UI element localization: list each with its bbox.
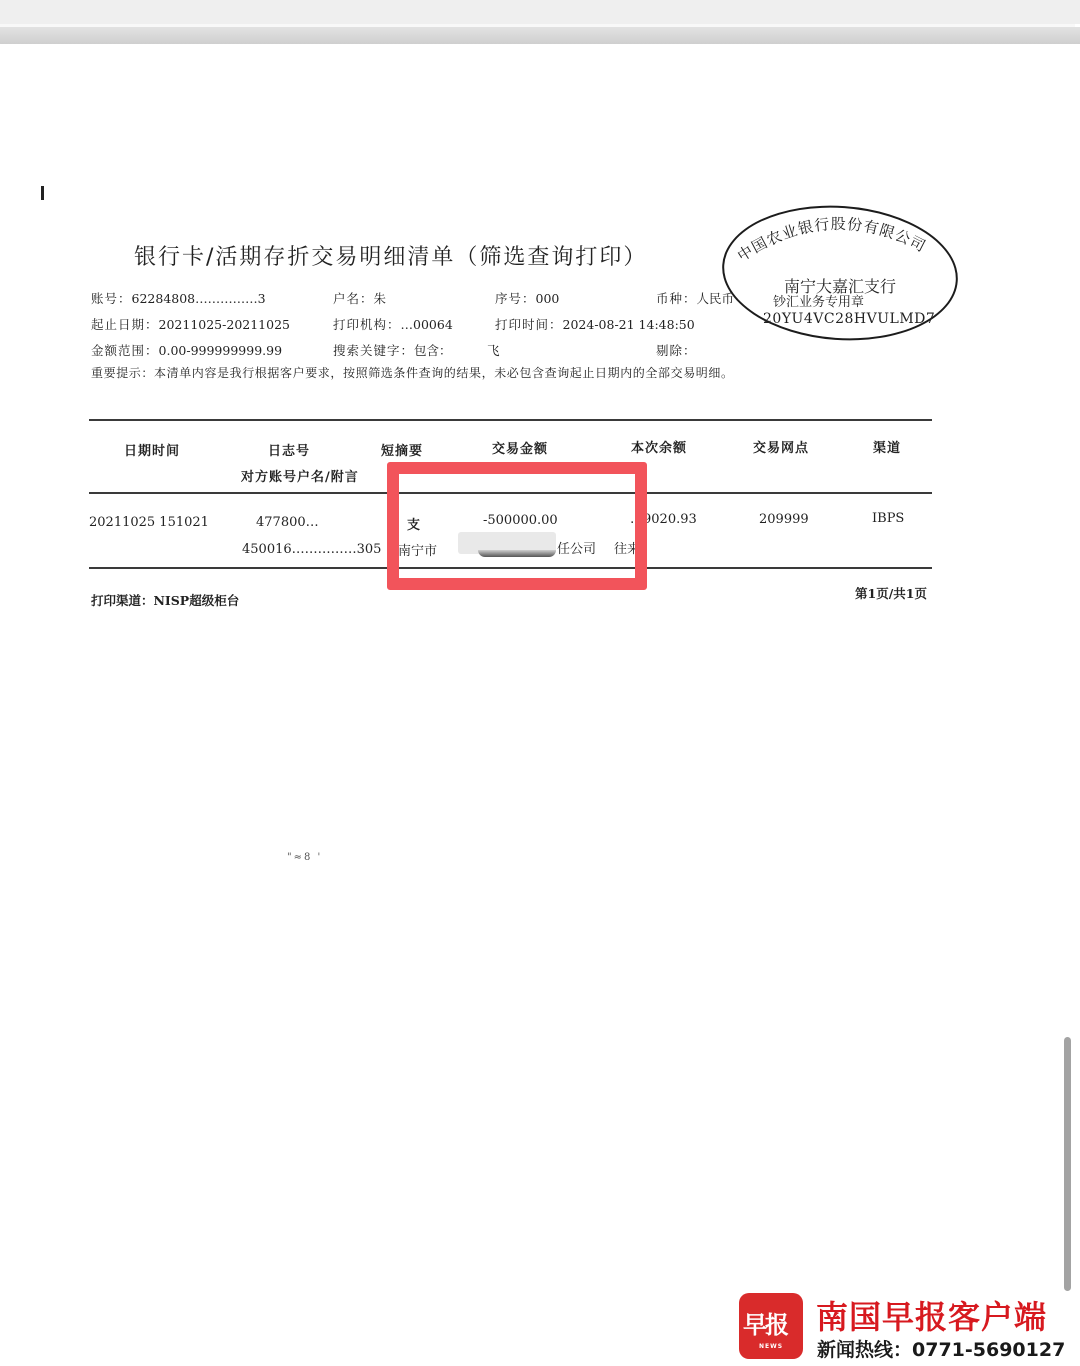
header-channel: 渠道: [873, 437, 901, 456]
print-org-field: 打印机构：…00064: [333, 315, 453, 333]
print-time-field: 打印时间：2024-08-21 14:48:50: [495, 315, 695, 333]
date-range-field: 起止日期：20211025-20211025: [91, 315, 290, 333]
print-org-label: 打印机构：: [333, 317, 401, 332]
date-range-value: 20211025-20211025: [159, 317, 290, 332]
document-title: 银行卡/活期存折交易明细清单（筛选查询打印）: [134, 240, 647, 271]
svg-text:中国农业银行股份有限公司: 中国农业银行股份有限公司: [734, 215, 929, 265]
exclude-label: 剔除：: [656, 343, 697, 358]
cell-outlet: 209999: [759, 512, 809, 527]
header-outlet: 交易网点: [753, 437, 809, 456]
header-amount: 交易金额: [492, 438, 548, 457]
print-time-value: 2024-08-21 14:48:50: [563, 317, 695, 332]
header-counterparty: 对方账号户名/附言: [241, 466, 359, 485]
print-org-value: …00064: [401, 317, 453, 332]
account-value: 62284808……………3: [132, 291, 266, 306]
stamp-code: 20YU4VC28HVULMD7: [763, 311, 935, 327]
cell-log-no: 477800…: [256, 515, 319, 530]
serial-field: 序号：000: [495, 289, 559, 307]
keyword-value: 包含：: [414, 343, 452, 358]
date-range-label: 起止日期：: [91, 317, 159, 332]
keyword-label: 搜索关键字：: [333, 343, 414, 358]
scan-smudge: "≈8 ': [287, 852, 322, 863]
amount-range-label: 金额范围：: [91, 343, 159, 358]
account-label: 账号：: [91, 291, 132, 306]
amount-range-field: 金额范围：0.00-999999999.99: [91, 341, 282, 359]
amount-range-value: 0.00-999999999.99: [159, 343, 283, 358]
print-channel: 打印渠道：NISP超级柜台: [91, 591, 239, 609]
watermark-hotline: 新闻热线：0771-5690127: [817, 1335, 1065, 1362]
watermark-title: 南国早报客户端: [816, 1292, 1047, 1338]
pagination: 第1页/共1页: [855, 584, 927, 602]
amount-highlight-box: [387, 462, 647, 590]
important-notice: 重要提示：本清单内容是我行根据客户要求，按照筛选条件查询的结果，未必包含查询起止…: [91, 364, 734, 381]
account-field: 账号：62284808……………3: [91, 289, 266, 307]
cell-channel: IBPS: [872, 511, 904, 526]
holder-value: 朱: [374, 291, 387, 306]
keyword-partial: 飞: [487, 341, 500, 359]
cell-counterparty-account: 450016……………305: [242, 542, 381, 557]
keyword-field: 搜索关键字：包含：: [333, 341, 452, 359]
serial-label: 序号：: [495, 291, 536, 306]
top-bar-shadow: [0, 27, 1080, 44]
newspaper-logo-icon: 早报 NEWS: [739, 1293, 803, 1359]
print-time-label: 打印时间：: [495, 317, 563, 332]
serial-value: 000: [536, 291, 560, 306]
holder-field: 户名：朱: [333, 289, 386, 307]
currency-label: 币种：: [656, 291, 697, 306]
stamp-purpose: 钞汇业务专用章: [773, 291, 864, 310]
header-datetime: 日期时间: [124, 440, 180, 459]
stamp-arc-text: 中国农业银行股份有限公司: [728, 205, 948, 265]
header-summary: 短摘要: [381, 440, 423, 459]
currency-value: 人民币: [697, 291, 735, 306]
scrollbar-thumb[interactable]: [1064, 1037, 1071, 1291]
logo-subtext: NEWS: [759, 1343, 783, 1350]
logo-text: 早报: [743, 1305, 787, 1340]
cell-datetime: 20211025 151021: [89, 515, 209, 530]
holder-label: 户名：: [333, 291, 374, 306]
header-balance: 本次余额: [631, 437, 687, 456]
header-log-no: 日志号: [268, 440, 310, 459]
scan-mark: [41, 186, 44, 200]
table-top-rule: [89, 419, 932, 421]
top-bar: [0, 0, 1080, 24]
currency-field: 币种：人民币: [656, 289, 734, 307]
exclude-field: 剔除：: [656, 341, 697, 359]
